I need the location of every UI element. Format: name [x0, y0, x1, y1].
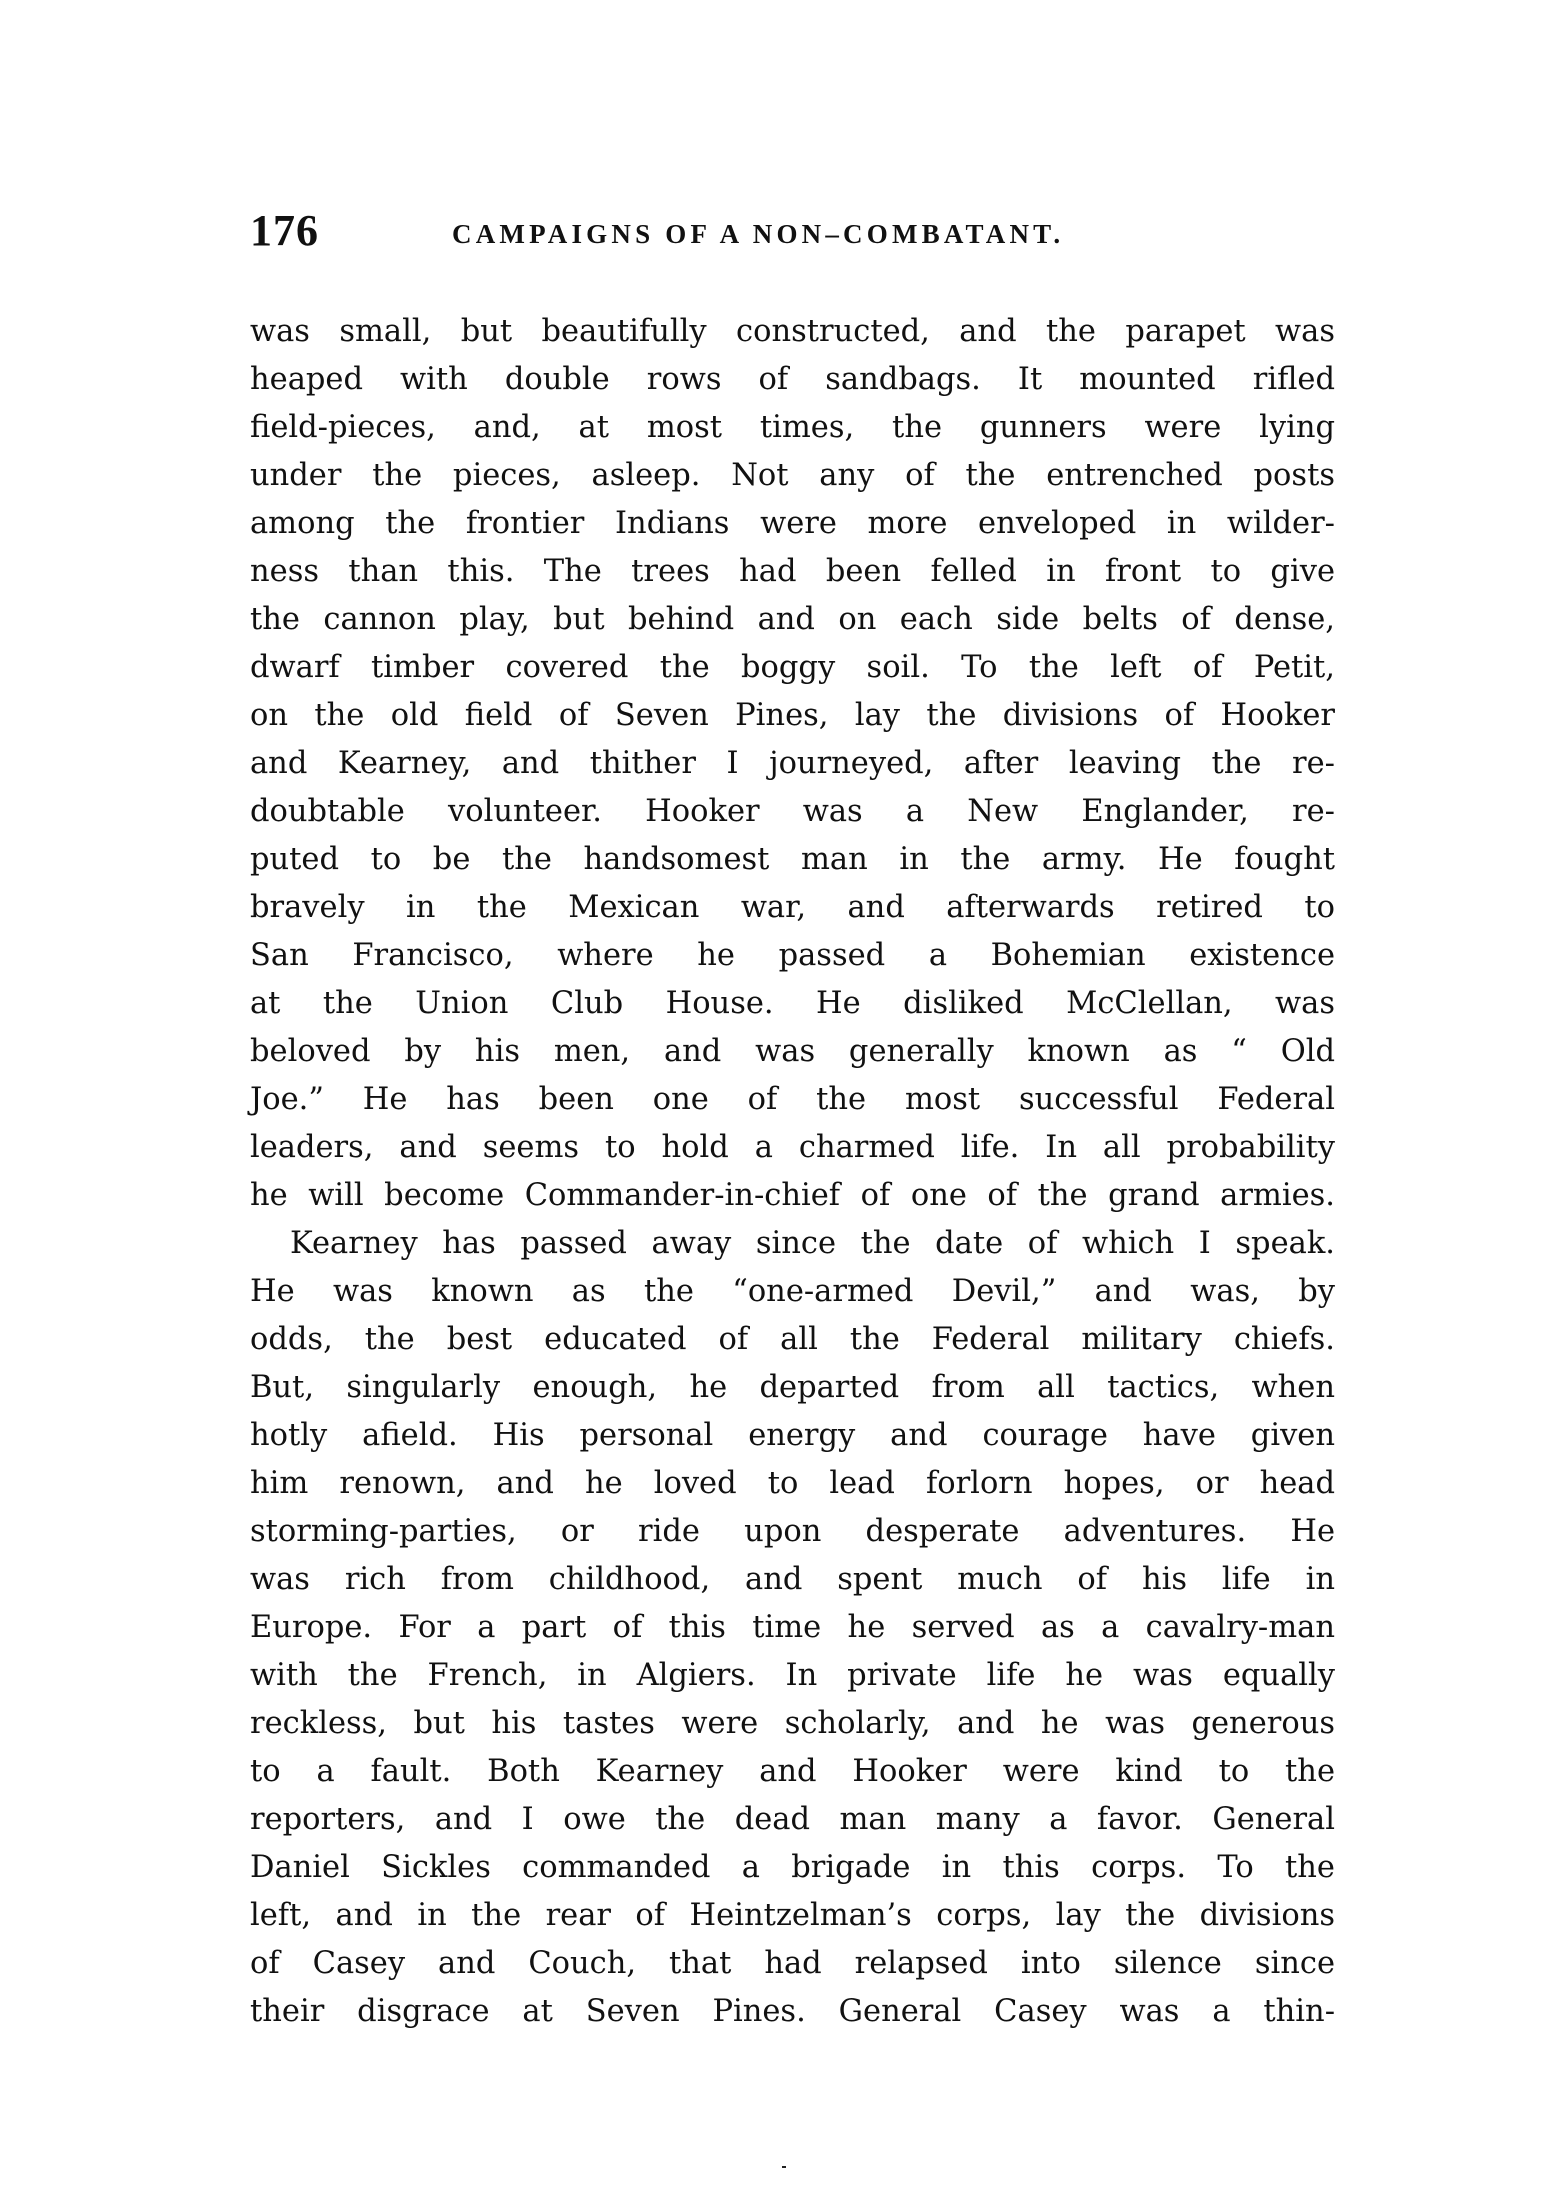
- text-line: Joe.” He has been one of the most succes…: [250, 1076, 1335, 1124]
- paragraph-start-line: Kearney has passed away since the date o…: [250, 1220, 1335, 1268]
- page-number: 176: [250, 206, 319, 256]
- text-line: him renown, and he loved to lead forlorn…: [250, 1460, 1335, 1508]
- text-line: leaders, and seems to hold a charmed lif…: [250, 1124, 1335, 1172]
- book-page: 176 CAMPAIGNS OF A NON–COMBATANT. was sm…: [0, 0, 1547, 2201]
- text-line: Daniel Sickles commanded a brigade in th…: [250, 1844, 1335, 1892]
- text-line: doubtable volunteer. Hooker was a New En…: [250, 788, 1335, 836]
- text-line: He was known as the “one-armed Devil,” a…: [250, 1268, 1335, 1316]
- text-line: reckless, but his tastes were scholarly,…: [250, 1700, 1335, 1748]
- text-line: he will become Commander-in-chief of one…: [250, 1172, 1335, 1220]
- text-line: odds, the best educated of all the Feder…: [250, 1316, 1335, 1364]
- text-line: at the Union Club House. He disliked McC…: [250, 980, 1335, 1028]
- running-title: CAMPAIGNS OF A NON–COMBATANT.: [452, 216, 1064, 252]
- text-line: under the pieces, asleep. Not any of the…: [250, 452, 1335, 500]
- text-line: left, and in the rear of Heintzelman’s c…: [250, 1892, 1335, 1940]
- text-line: field-pieces, and, at most times, the gu…: [250, 404, 1335, 452]
- scan-speck: [782, 2166, 786, 2168]
- text-line: was small, but beautifully constructed, …: [250, 308, 1335, 356]
- text-line: beloved by his men, and was generally kn…: [250, 1028, 1335, 1076]
- text-line: storming-parties, or ride upon desperate…: [250, 1508, 1335, 1556]
- text-line: the cannon play, but behind and on each …: [250, 596, 1335, 644]
- text-line: among the frontier Indians were more env…: [250, 500, 1335, 548]
- text-line: was rich from childhood, and spent much …: [250, 1556, 1335, 1604]
- text-line: Europe. For a part of this time he serve…: [250, 1604, 1335, 1652]
- text-line: reporters, and I owe the dead man many a…: [250, 1796, 1335, 1844]
- text-line: ness than this. The trees had been felle…: [250, 548, 1335, 596]
- text-line: heaped with double rows of sandbags. It …: [250, 356, 1335, 404]
- running-head: 176 CAMPAIGNS OF A NON–COMBATANT.: [250, 206, 1335, 256]
- text-line: dwarf timber covered the boggy soil. To …: [250, 644, 1335, 692]
- body-text: was small, but beautifully constructed, …: [250, 308, 1335, 2036]
- text-line: with the French, in Algiers. In private …: [250, 1652, 1335, 1700]
- text-line: San Francisco, where he passed a Bohemia…: [250, 932, 1335, 980]
- text-line: But, singularly enough, he departed from…: [250, 1364, 1335, 1412]
- text-line: to a fault. Both Kearney and Hooker were…: [250, 1748, 1335, 1796]
- text-line: their disgrace at Seven Pines. General C…: [250, 1988, 1335, 2036]
- text-line: and Kearney, and thither I journeyed, af…: [250, 740, 1335, 788]
- text-line: puted to be the handsomest man in the ar…: [250, 836, 1335, 884]
- text-line: on the old field of Seven Pines, lay the…: [250, 692, 1335, 740]
- text-line: of Casey and Couch, that had relapsed in…: [250, 1940, 1335, 1988]
- text-line: hotly afield. His personal energy and co…: [250, 1412, 1335, 1460]
- text-line: bravely in the Mexican war, and afterwar…: [250, 884, 1335, 932]
